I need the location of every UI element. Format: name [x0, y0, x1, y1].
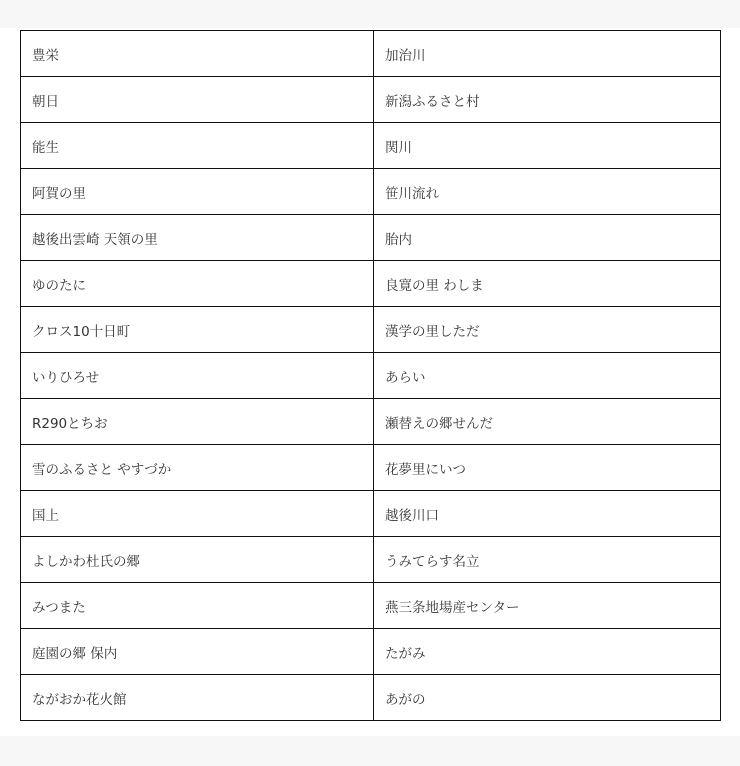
- table-row: 国上 越後川口: [21, 491, 721, 537]
- table-cell-right: 関川: [374, 123, 721, 169]
- table-row: よしかわ杜氏の郷 うみてらす名立: [21, 537, 721, 583]
- table-cell-left: 朝日: [21, 77, 374, 123]
- table-row: 能生 関川: [21, 123, 721, 169]
- table-cell-left: ゆのたに: [21, 261, 374, 307]
- table-row: 朝日 新潟ふるさと村: [21, 77, 721, 123]
- table-cell-left: みつまた: [21, 583, 374, 629]
- table-cell-right: たがみ: [374, 629, 721, 675]
- table-cell-left: 庭園の郷 保内: [21, 629, 374, 675]
- page-content: 豊栄 加治川 朝日 新潟ふるさと村 能生 関川 阿賀の里 笹川流れ 越後出雲崎 …: [0, 28, 740, 736]
- table-row: R290とちお 瀬替えの郷せんだ: [21, 399, 721, 445]
- table-cell-left: 能生: [21, 123, 374, 169]
- table-cell-left: クロス10十日町: [21, 307, 374, 353]
- table-cell-left: 雪のふるさと やすづか: [21, 445, 374, 491]
- roadside-station-table: 豊栄 加治川 朝日 新潟ふるさと村 能生 関川 阿賀の里 笹川流れ 越後出雲崎 …: [20, 30, 721, 721]
- table-cell-right: 胎内: [374, 215, 721, 261]
- table-cell-left: よしかわ杜氏の郷: [21, 537, 374, 583]
- table-cell-right: 良寛の里 わしま: [374, 261, 721, 307]
- table-cell-right: 笹川流れ: [374, 169, 721, 215]
- table-row: ながおか花火館 あがの: [21, 675, 721, 721]
- table-row: みつまた 燕三条地場産センター: [21, 583, 721, 629]
- table-cell-right: 漢学の里しただ: [374, 307, 721, 353]
- table-cell-right: 越後川口: [374, 491, 721, 537]
- table-cell-left: 阿賀の里: [21, 169, 374, 215]
- table-row: 庭園の郷 保内 たがみ: [21, 629, 721, 675]
- table-cell-left: R290とちお: [21, 399, 374, 445]
- table-cell-right: 加治川: [374, 31, 721, 77]
- table-cell-left: いりひろせ: [21, 353, 374, 399]
- table-cell-right: 瀬替えの郷せんだ: [374, 399, 721, 445]
- table-cell-right: あらい: [374, 353, 721, 399]
- table-cell-right: 新潟ふるさと村: [374, 77, 721, 123]
- table-row: クロス10十日町 漢学の里しただ: [21, 307, 721, 353]
- table-row: 豊栄 加治川: [21, 31, 721, 77]
- table-cell-left: 越後出雲崎 天領の里: [21, 215, 374, 261]
- table-cell-right: 燕三条地場産センター: [374, 583, 721, 629]
- table-row: 雪のふるさと やすづか 花夢里にいつ: [21, 445, 721, 491]
- table-cell-left: ながおか花火館: [21, 675, 374, 721]
- table-cell-right: 花夢里にいつ: [374, 445, 721, 491]
- table-cell-left: 国上: [21, 491, 374, 537]
- table-row: いりひろせ あらい: [21, 353, 721, 399]
- table-cell-left: 豊栄: [21, 31, 374, 77]
- table-row: ゆのたに 良寛の里 わしま: [21, 261, 721, 307]
- table-cell-right: あがの: [374, 675, 721, 721]
- table-row: 越後出雲崎 天領の里 胎内: [21, 215, 721, 261]
- table-cell-right: うみてらす名立: [374, 537, 721, 583]
- table-row: 阿賀の里 笹川流れ: [21, 169, 721, 215]
